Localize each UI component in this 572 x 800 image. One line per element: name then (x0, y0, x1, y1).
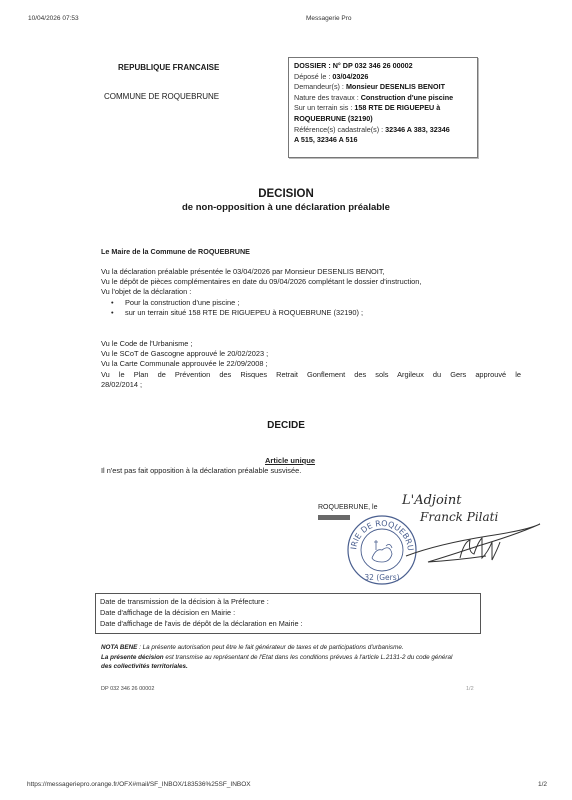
deposited-value: 03/04/2026 (332, 72, 368, 81)
considerations-block-1: Vu la déclaration préalable présentée le… (101, 267, 521, 318)
consideration-line: Vu le Code de l'Urbanisme ; (101, 339, 521, 349)
site-value-1: 158 RTE DE RIGUEPEU à (354, 103, 440, 112)
signature-place: ROQUEBRUNE, le (318, 503, 378, 513)
decision-subtitle: de non-opposition à une déclaration préa… (0, 202, 572, 213)
list-item: sur un terrain situé 158 RTE DE RIGUEPEU… (101, 308, 521, 318)
consideration-line: Vu la déclaration préalable présentée le… (101, 267, 521, 277)
handwritten-signature (398, 512, 548, 572)
nota-bene: NOTA BENE : La présente autorisation peu… (101, 643, 501, 672)
mayor-heading: Le Maire de la Commune de ROQUEBRUNE (101, 247, 250, 257)
doc-footer-page: 1/2 (466, 686, 474, 692)
date-posting-decision-line: Date d'affichage de la décision en Mairi… (100, 607, 476, 618)
cadastre-value-1: 32346 A 383, 32346 (385, 125, 450, 134)
applicant-value: Monsieur DESENLIS BENOIT (346, 82, 445, 91)
nota-label: NOTA BENE (101, 644, 137, 651)
dates-box: Date de transmission de la décision à la… (95, 593, 481, 634)
article-text: Il n'est pas fait opposition à la déclar… (101, 466, 301, 476)
republic-heading: REPUBLIQUE FRANCAISE (118, 63, 219, 72)
dossier-number: DOSSIER : N° DP 032 346 26 00002 (294, 61, 472, 72)
print-app-title: Messagerie Pro (306, 15, 352, 22)
site-value-2: ROQUEBRUNE (32190) (294, 114, 472, 125)
cadastre-value-2: A 515, 32346 A 516 (294, 135, 472, 146)
consideration-line: Vu l'objet de la déclaration : (101, 287, 521, 297)
nota-line-1: : La présente autorisation peut être le … (137, 644, 403, 651)
nature-value: Construction d'une piscine (361, 93, 453, 102)
nota-line-3: des collectivités territoriales. (101, 662, 501, 672)
date-posting-notice-line: Date d'affichage de l'avis de dépôt de l… (100, 618, 476, 629)
nota-line-2: est transmise au représentant de l'Etat … (164, 654, 453, 661)
considerations-block-2: Vu le Code de l'Urbanisme ; Vu le SCoT d… (101, 339, 521, 390)
nota-line-2-bold: La présente décision (101, 654, 164, 661)
cadastre-label: Référence(s) cadastrale(s) : (294, 125, 385, 134)
date-transmission-line: Date de transmission de la décision à la… (100, 596, 476, 607)
site-label: Sur un terrain sis : (294, 103, 354, 112)
nature-label: Nature des travaux : (294, 93, 361, 102)
decide-heading: DECIDE (0, 420, 572, 431)
consideration-line: Vu la Carte Communale approuvée le 22/09… (101, 359, 521, 369)
consideration-line: Vu le dépôt de pièces complémentaires en… (101, 277, 521, 287)
applicant-label: Demandeur(s) : (294, 82, 346, 91)
print-page-number: 1/2 (538, 781, 547, 788)
deposited-label: Déposé le : (294, 72, 332, 81)
article-title: Article unique (265, 456, 315, 466)
commune-heading: COMMUNE DE ROQUEBRUNE (104, 92, 219, 101)
svg-text:32 (Gers): 32 (Gers) (364, 573, 399, 582)
dossier-info-box: DOSSIER : N° DP 032 346 26 00002 Déposé … (288, 57, 478, 158)
list-item: Pour la construction d'une piscine ; (101, 298, 521, 308)
doc-footer-ref: DP 032 346 26 00002 (101, 686, 154, 692)
consideration-line: Vu le Plan de Prévention des Risques Ret… (101, 370, 521, 380)
decision-title: DECISION (0, 188, 572, 200)
object-list: Pour la construction d'une piscine ; sur… (101, 298, 521, 318)
handwritten-role: L'Adjoint (402, 493, 462, 508)
print-datetime: 10/04/2026 07:53 (28, 15, 79, 22)
consideration-line: Vu le SCoT de Gascogne approuvé le 20/02… (101, 349, 521, 359)
consideration-line: 28/02/2014 ; (101, 380, 521, 390)
print-url: https://messageriepro.orange.fr/OFX#mail… (27, 781, 251, 788)
